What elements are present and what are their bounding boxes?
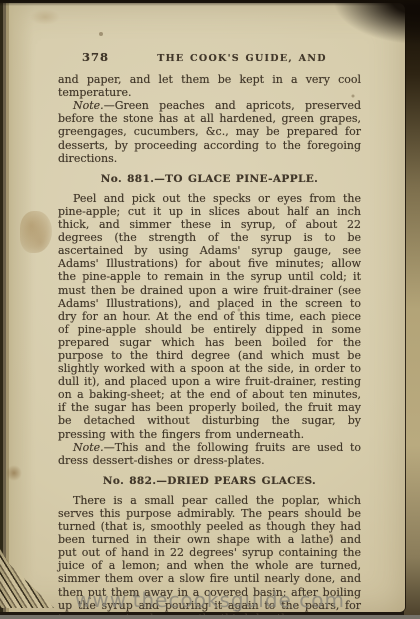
note-paragraph: Note.—This and the following fruits are … — [58, 441, 361, 467]
running-title: THE COOK'S GUIDE, AND — [109, 52, 361, 65]
binding-gutter — [0, 3, 34, 612]
paper-stain — [6, 465, 22, 481]
scan-top-shadow — [0, 0, 420, 6]
note-text: —This and the following fruits are used … — [58, 441, 361, 467]
note-lead: Note. — [73, 441, 104, 454]
site-watermark: www.thecooksguide.com — [0, 588, 420, 612]
note-lead: Note. — [73, 99, 104, 112]
scan-bottom-edge — [0, 615, 420, 619]
book-scan: 378 THE COOK'S GUIDE, AND and paper, and… — [0, 0, 420, 619]
note-text: —Green peaches and apricots, preserved b… — [58, 99, 361, 164]
page-number: 378 — [82, 51, 109, 64]
paragraph-continuation: and paper, and let them be kept in a ver… — [58, 73, 361, 99]
paper-stain — [30, 9, 60, 25]
recipe-heading-882: No. 882.—DRIED PEARS GLACES. — [58, 475, 361, 488]
scan-corner-shadow — [330, 0, 420, 46]
recipe-body-881: Peel and pick out the specks or eyes fro… — [58, 192, 361, 441]
paper-stain — [20, 211, 52, 253]
page-header: 378 THE COOK'S GUIDE, AND — [58, 51, 361, 65]
note-paragraph: Note.—Green peaches and apricots, preser… — [58, 99, 361, 164]
page-text: 378 THE COOK'S GUIDE, AND and paper, and… — [58, 51, 361, 619]
book-page: 378 THE COOK'S GUIDE, AND and paper, and… — [0, 3, 405, 612]
book-fore-edge — [404, 0, 420, 619]
recipe-heading-881: No. 881.—TO GLACE PINE-APPLE. — [58, 173, 361, 186]
